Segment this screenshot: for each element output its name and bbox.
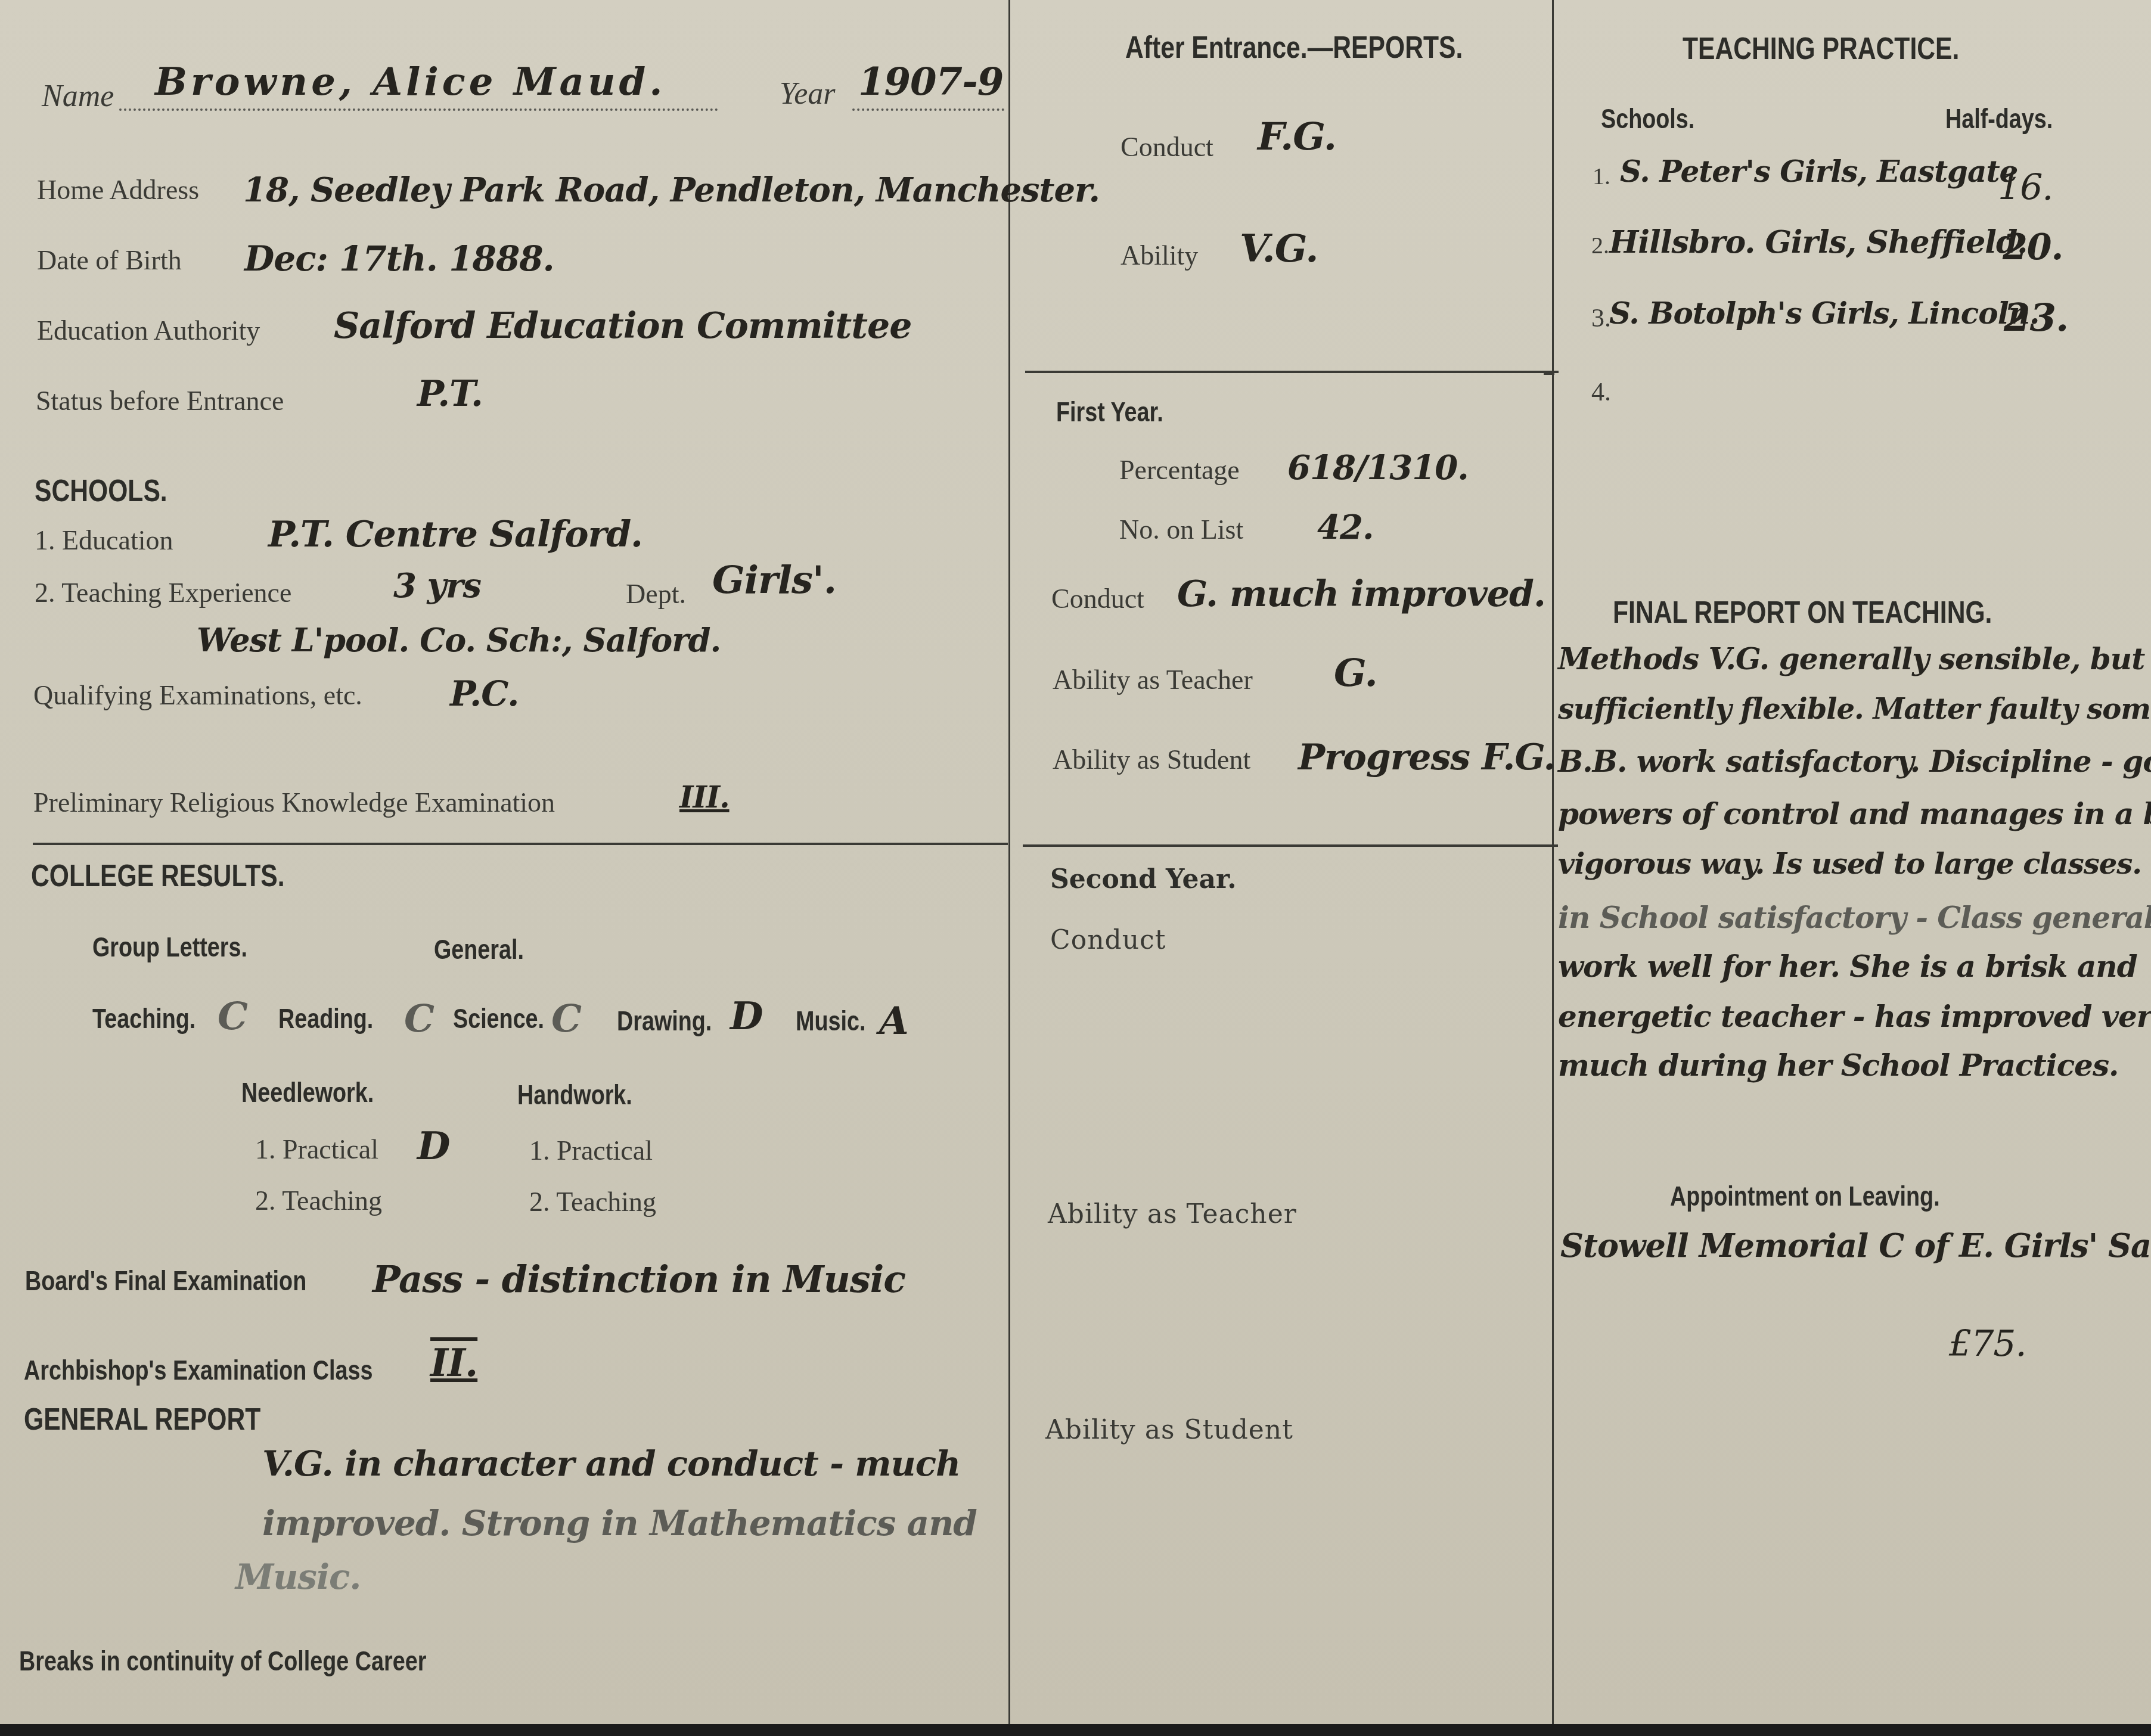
final-report-line: sufficiently flexible. Matter faulty som… (1558, 692, 2151, 726)
practice-row-number: 4. (1591, 377, 1611, 407)
teaching-experience-detail: West L'pool. Co. Sch:, Salford. (197, 621, 721, 659)
practice-row-halfdays: 16. (1998, 167, 2053, 209)
percentage-label: Percentage (1119, 454, 1240, 486)
needlework-label: Needlework. (241, 1076, 374, 1108)
schools-column-header: Schools. (1601, 103, 1694, 135)
year-value: 1907-9 (858, 60, 1003, 104)
general-report-label: GENERAL REPORT (24, 1402, 260, 1437)
grade-drawing: D (730, 994, 763, 1039)
needlework-practical-label: 1. Practical (255, 1133, 378, 1165)
grade-teaching: C (218, 994, 247, 1039)
ability-student-value: Progress F.G. (1298, 737, 1555, 778)
archbishop-label: Archbishop's Examination Class (24, 1354, 373, 1386)
teaching-experience-label: 2. Teaching Experience (35, 577, 291, 608)
home-address-label: Home Address (37, 174, 199, 206)
reports-heading: After Entrance.—REPORTS. (1125, 30, 1463, 66)
handwork-teaching-label: 2. Teaching (529, 1186, 656, 1218)
first-year-conduct-value: G. much improved. (1177, 573, 1545, 615)
practice-row-school: S. Botolph's Girls, Lincoln. (1609, 296, 2039, 331)
name-label: Name (42, 79, 114, 114)
divider-left-middle (33, 843, 1008, 845)
list-number-value: 42. (1317, 508, 1373, 547)
final-report-line: B.B. work satisfactory. Discipline - goo… (1558, 744, 2151, 779)
name-line (119, 108, 718, 111)
final-report-line: Methods V.G. generally sensible, but not (1558, 641, 2151, 676)
schools-heading: SCHOOLS. (35, 473, 167, 509)
second-year-conduct-label: Conduct (1050, 925, 1166, 955)
practice-row-school: Hillsbro. Girls, Sheffield. (1609, 224, 2027, 260)
final-report-line: energetic teacher - has improved very (1558, 999, 2151, 1034)
final-report-line: in School satisfactory - Class generally (1558, 900, 2151, 935)
practice-row-number: 1. (1593, 162, 1610, 190)
grade-science: C (551, 996, 581, 1041)
status-label: Status before Entrance (36, 385, 284, 417)
qualifying-label: Qualifying Examinations, etc. (33, 679, 362, 711)
teaching-practice-heading: TEACHING PRACTICE. (1683, 31, 1959, 67)
practice-row-number: 3. (1591, 303, 1611, 333)
appointment-salary: £75. (1949, 1323, 2026, 1365)
education-label: 1. Education (35, 524, 173, 556)
education-value: P.T. Centre Salford. (268, 514, 642, 555)
scan-background-edge (0, 1724, 2151, 1736)
list-number-label: No. on List (1119, 514, 1243, 545)
record-card: Name Browne, Alice Maud. Year 1907-9 Hom… (0, 0, 2151, 1725)
grade-music: A (879, 999, 908, 1044)
practice-row-halfdays: 20. (2003, 226, 2063, 268)
first-year-heading: First Year. (1056, 396, 1163, 428)
subject-label-drawing: Drawing. (617, 1005, 712, 1037)
final-report-line: much during her School Practices. (1558, 1048, 2118, 1083)
practice-row-school: S. Peter's Girls, Eastgate (1620, 154, 2017, 189)
column-divider-right (1552, 0, 1554, 1725)
year-label: Year (780, 76, 835, 111)
qualifying-value: P.C. (450, 673, 519, 714)
percentage-value: 618/1310. (1287, 448, 1469, 487)
boards-final-label: Board's Final Examination (25, 1265, 306, 1297)
needlework-teaching-label: 2. Teaching (255, 1185, 382, 1216)
divider-reports-2 (1023, 844, 1558, 847)
final-report-line: powers of control and manages in a brigh… (1558, 796, 2151, 831)
education-authority-label: Education Authority (37, 315, 260, 346)
group-letters-label: Group Letters. (92, 931, 247, 963)
appointment-heading: Appointment on Leaving. (1670, 1180, 1940, 1212)
teaching-experience-value: 3 yrs (393, 566, 481, 605)
appointment-value: Stowell Memorial C of E. Girls' Salford. (1560, 1226, 2151, 1265)
practice-row-number: 2. (1591, 231, 1609, 259)
dept-value: Girls'. (712, 558, 836, 603)
handwork-practical-label: 1. Practical (529, 1135, 653, 1166)
ability-teacher-label: Ability as Teacher (1053, 664, 1253, 695)
final-report-heading: FINAL REPORT ON TEACHING. (1613, 595, 1992, 631)
year-line (852, 108, 1004, 111)
grade-reading: C (404, 996, 434, 1041)
general-report-line-2: improved. Strong in Mathematics and (262, 1503, 977, 1544)
subject-label-science: Science. (453, 1002, 544, 1035)
general-report-line-3: Music. (235, 1557, 361, 1597)
ability-teacher-value: G. (1334, 651, 1377, 695)
after-entrance-ability-label: Ability (1120, 240, 1198, 271)
final-report-line: work well for her. She is a brisk and (1558, 949, 2137, 984)
halfdays-column-header: Half-days. (1945, 103, 2053, 135)
subject-label-reading: Reading. (278, 1002, 373, 1035)
general-label: General. (434, 933, 524, 965)
dept-label: Dept. (626, 578, 686, 610)
subject-label-music: Music. (796, 1005, 865, 1037)
after-entrance-conduct-value: F.G. (1258, 114, 1336, 159)
ability-student-label: Ability as Student (1053, 744, 1250, 775)
status-value: P.T. (417, 373, 483, 415)
name-value: Browne, Alice Maud. (155, 60, 666, 104)
home-address-value: 18, Seedley Park Road, Pendleton, Manche… (243, 170, 1100, 210)
practice-row-halfdays: 23. (2004, 296, 2068, 340)
handwork-label: Handwork. (517, 1079, 632, 1111)
divider-reports-1 (1025, 371, 1559, 373)
breaks-label: Breaks in continuity of College Career (19, 1645, 426, 1677)
boards-final-value: Pass - distinction in Music (373, 1257, 905, 1301)
second-year-student-label: Ability as Student (1045, 1415, 1293, 1445)
after-entrance-ability-value: V.G. (1240, 226, 1318, 271)
first-year-conduct-label: Conduct (1051, 583, 1144, 614)
divider-practice-stub (1544, 372, 1554, 375)
dob-value: Dec: 17th. 1888. (244, 238, 554, 279)
religious-exam-value: III. (679, 780, 730, 815)
second-year-teacher-label: Ability as Teacher (1048, 1199, 1297, 1229)
subject-label-teaching: Teaching. (92, 1002, 195, 1035)
final-report-line: vigorous way. Is used to large classes. … (1558, 847, 2151, 881)
religious-exam-label: Preliminary Religious Knowledge Examinat… (33, 787, 555, 818)
dob-label: Date of Birth (37, 244, 182, 276)
column-divider-left (1008, 0, 1010, 1725)
after-entrance-conduct-label: Conduct (1120, 131, 1213, 163)
archbishop-value: II. (430, 1341, 477, 1386)
needlework-practical-grade: D (417, 1124, 450, 1169)
second-year-heading: Second Year. (1050, 864, 1237, 895)
general-report-line-1: V.G. in character and conduct - much (262, 1443, 960, 1484)
education-authority-value: Salford Education Committee (334, 305, 911, 347)
college-results-heading: COLLEGE RESULTS. (31, 858, 285, 894)
